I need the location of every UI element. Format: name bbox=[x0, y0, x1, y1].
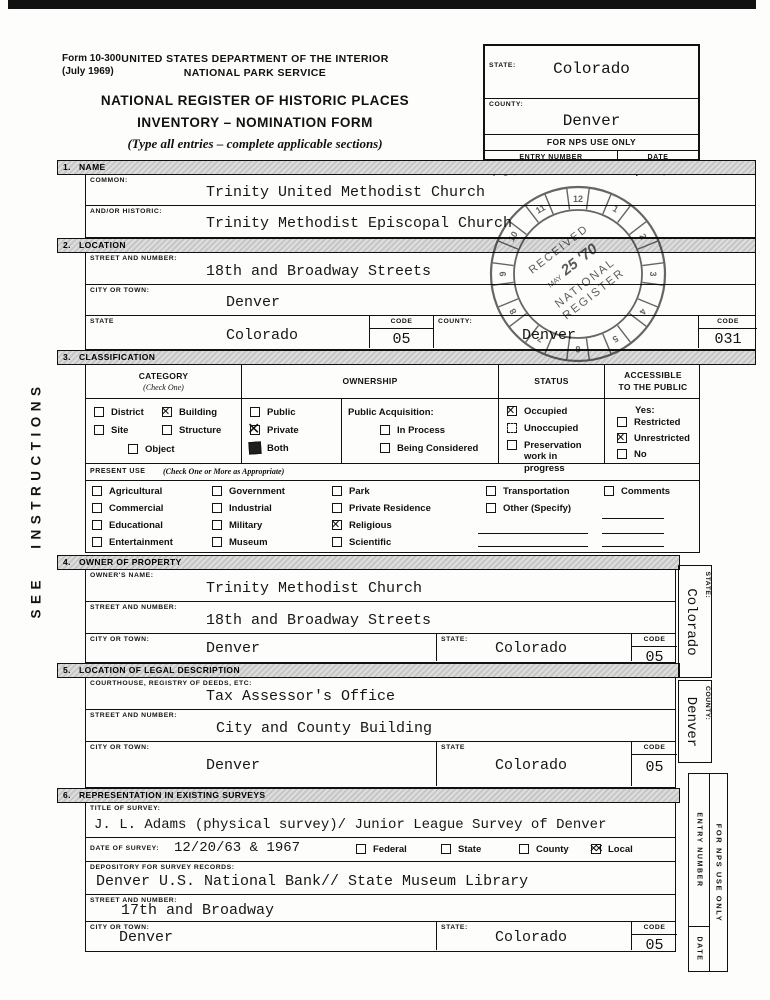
section-4-title: OWNER OF PROPERTY bbox=[79, 557, 182, 567]
svg-text:5: 5 bbox=[611, 333, 620, 344]
code-label: CODE bbox=[632, 634, 677, 647]
svg-text:4: 4 bbox=[637, 307, 648, 316]
checkbox-local: Local bbox=[591, 844, 633, 855]
checkbox-label: Agricultural bbox=[109, 486, 162, 497]
state-cell: STATE Colorado bbox=[436, 742, 631, 786]
accessible-header-line1: ACCESSIBLE bbox=[624, 370, 682, 382]
section-6-body: TITLE OF SURVEY: J. L. Adams (physical s… bbox=[85, 802, 676, 952]
depository-row: DEPOSITORY FOR SURVEY RECORDS: Denver U.… bbox=[86, 862, 675, 895]
city-value: Denver bbox=[206, 640, 260, 657]
ownership-cell: Public Private Both bbox=[241, 399, 341, 463]
category-header-text: CATEGORY bbox=[139, 371, 189, 383]
street-label: STREET AND NUMBER: bbox=[90, 713, 177, 720]
state-code-value: 05 bbox=[370, 331, 433, 348]
checkbox-label: Private Residence bbox=[349, 503, 431, 514]
owner-street-row: STREET AND NUMBER: 18th and Broadway Str… bbox=[86, 602, 675, 634]
state-value: Colorado bbox=[495, 757, 567, 774]
section-2-number: 2. bbox=[63, 239, 79, 251]
department-line2: NATIONAL PARK SERVICE bbox=[105, 67, 405, 81]
survey-title-label: TITLE OF SURVEY: bbox=[90, 806, 160, 813]
present-use-body: Agricultural Commercial Educational Ente… bbox=[86, 481, 699, 550]
state-value: Colorado bbox=[485, 60, 698, 78]
courthouse-row: COURTHOUSE, REGISTRY OF DEEDS, ETC: Tax … bbox=[86, 678, 675, 710]
checkbox-label: Restricted bbox=[634, 417, 680, 428]
checkbox-agricultural: Agricultural bbox=[92, 486, 162, 497]
county-code-label: CODE bbox=[699, 316, 757, 329]
svg-text:7: 7 bbox=[536, 333, 545, 344]
status-header: STATUS bbox=[498, 365, 604, 398]
county-label: COUNTY: bbox=[438, 319, 472, 326]
checkbox-object: Object bbox=[128, 444, 175, 455]
svg-text:12: 12 bbox=[573, 194, 583, 204]
county-code-value: 031 bbox=[699, 331, 757, 348]
checkbox-box bbox=[380, 425, 390, 435]
scan-top-bar bbox=[8, 0, 756, 9]
section-1-number: 1. bbox=[63, 161, 79, 173]
form-title: NATIONAL REGISTER OF HISTORIC PLACES INV… bbox=[70, 90, 440, 133]
city-value: Denver bbox=[119, 929, 173, 946]
checkbox-label: Other (Specify) bbox=[503, 503, 571, 514]
checkbox-label: Educational bbox=[109, 520, 163, 531]
code-cell: CODE 05 bbox=[631, 922, 677, 950]
checkbox-label: Local bbox=[608, 844, 633, 855]
classification-table: CATEGORY (Check One) OWNERSHIP STATUS AC… bbox=[85, 364, 700, 553]
checkbox-box bbox=[94, 425, 104, 435]
city-cell: CITY OR TOWN: Denver bbox=[86, 634, 436, 661]
stamp-outer-ring bbox=[491, 187, 665, 361]
svg-text:9: 9 bbox=[498, 271, 508, 276]
checkbox-label: Entertainment bbox=[109, 537, 173, 548]
street-value: 18th and Broadway Streets bbox=[206, 263, 431, 280]
category-header: CATEGORY (Check One) bbox=[86, 365, 241, 398]
svg-text:2: 2 bbox=[637, 232, 648, 241]
street-value: City and County Building bbox=[216, 720, 432, 737]
checkbox-label: Both bbox=[267, 443, 289, 454]
common-name-label: COMMON: bbox=[90, 178, 128, 185]
accessible-header: ACCESSIBLE TO THE PUBLIC bbox=[604, 365, 701, 398]
checkbox-label: Object bbox=[145, 444, 175, 455]
checkbox-label: Public bbox=[267, 407, 296, 418]
state-county-nps-box: STATE: Colorado COUNTY: Denver FOR NPS U… bbox=[483, 44, 700, 161]
checkbox-box bbox=[250, 425, 260, 435]
section-5-number: 5. bbox=[63, 664, 79, 676]
checkbox-box bbox=[507, 406, 517, 416]
state-label: STATE: bbox=[489, 63, 516, 70]
courthouse-label: COURTHOUSE, REGISTRY OF DEEDS, ETC: bbox=[90, 681, 252, 688]
section-3-number: 3. bbox=[63, 351, 79, 363]
state-cell: STATE: Colorado bbox=[436, 634, 631, 661]
checkbox-no: No bbox=[617, 449, 647, 460]
survey-title-value: J. L. Adams (physical survey)/ Junior Le… bbox=[94, 817, 606, 833]
county-row: COUNTY: Denver bbox=[485, 98, 698, 134]
state-cell: STATE: Colorado bbox=[436, 922, 631, 950]
survey-date-label: DATE OF SURVEY: bbox=[90, 846, 159, 853]
section-1-title: NAME bbox=[79, 162, 106, 172]
state-label: STATE: bbox=[441, 637, 468, 644]
checkbox-box bbox=[92, 503, 102, 513]
form-title-line1: NATIONAL REGISTER OF HISTORIC PLACES bbox=[70, 90, 440, 112]
checkbox-box bbox=[162, 407, 172, 417]
owner-name-row: OWNER'S NAME: Trinity Methodist Church bbox=[86, 570, 675, 602]
type-instructions-note: (Type all entries – complete applicable … bbox=[75, 136, 435, 152]
state-value: Colorado bbox=[226, 327, 298, 344]
checkbox-label: Unrestricted bbox=[634, 433, 690, 444]
checkbox-educational: Educational bbox=[92, 520, 163, 531]
checkbox-park: Park bbox=[332, 486, 370, 497]
checkbox-entertainment: Entertainment bbox=[92, 537, 173, 548]
svg-text:10: 10 bbox=[506, 230, 520, 244]
checkbox-restricted: Restricted bbox=[617, 417, 680, 428]
checkbox-box bbox=[486, 503, 496, 513]
checkbox-state: State bbox=[441, 844, 481, 855]
checkbox-transportation: Transportation bbox=[486, 486, 570, 497]
state-code-cell: CODE 05 bbox=[369, 316, 433, 348]
checkbox-in-process: In Process bbox=[380, 425, 445, 436]
checkbox-private-residence: Private Residence bbox=[332, 503, 431, 514]
public-acquisition-label: Public Acquisition: bbox=[348, 407, 434, 418]
state-label: STATE bbox=[441, 745, 465, 752]
accessible-header-line2: TO THE PUBLIC bbox=[619, 382, 688, 394]
checkbox-box bbox=[617, 417, 627, 427]
checkbox-commercial: Commercial bbox=[92, 503, 163, 514]
checkbox-unrestricted: Unrestricted bbox=[617, 433, 690, 444]
present-use-strip: PRESENT USE (Check One or More as Approp… bbox=[86, 464, 699, 481]
section-2-title: LOCATION bbox=[79, 240, 126, 250]
checkbox-label: Federal bbox=[373, 844, 407, 855]
checkbox-label: Comments bbox=[621, 486, 670, 497]
street-value: 17th and Broadway bbox=[121, 902, 274, 919]
checkbox-label: Unoccupied bbox=[524, 423, 578, 434]
checkbox-box bbox=[212, 537, 222, 547]
historic-name-label: AND/OR HISTORIC: bbox=[90, 209, 162, 216]
sidebar-state-label: STATE: bbox=[703, 571, 710, 598]
present-use-label: PRESENT USE bbox=[90, 468, 145, 475]
street-value: 18th and Broadway Streets bbox=[206, 612, 431, 629]
department-heading: UNITED STATES DEPARTMENT OF THE INTERIOR… bbox=[105, 53, 405, 80]
ownership-header: OWNERSHIP bbox=[241, 365, 498, 398]
street-label: STREET AND NUMBER: bbox=[90, 256, 177, 263]
category-header-note: (Check One) bbox=[143, 383, 184, 392]
blank-line bbox=[602, 518, 664, 519]
code-cell: CODE 05 bbox=[631, 742, 677, 786]
present-use-note: (Check One or More as Appropriate) bbox=[163, 467, 284, 476]
blank-line bbox=[478, 546, 588, 547]
code-label: CODE bbox=[632, 742, 677, 755]
stamp-center-text: RECEIVED MAY25 '70 NATIONAL REGISTER bbox=[526, 222, 627, 322]
section-3-title: CLASSIFICATION bbox=[79, 352, 155, 362]
section-1-header: 1.NAME bbox=[57, 160, 756, 175]
city-value: Denver bbox=[226, 294, 280, 311]
checkbox-box bbox=[248, 441, 261, 454]
checkbox-box bbox=[212, 520, 222, 530]
form-title-line2: INVENTORY – NOMINATION FORM bbox=[70, 112, 440, 134]
section-5-body: COURTHOUSE, REGISTRY OF DEEDS, ETC: Tax … bbox=[85, 677, 676, 788]
checkbox-label: District bbox=[111, 407, 144, 418]
county-value: Denver bbox=[485, 112, 698, 130]
sidebar-date-cell: DATE bbox=[689, 927, 710, 971]
checkbox-government: Government bbox=[212, 486, 285, 497]
city-cell: CITY OR TOWN: Denver bbox=[86, 922, 436, 950]
checkbox-box bbox=[92, 486, 102, 496]
checkbox-site: Site bbox=[94, 425, 128, 436]
state-value: Colorado bbox=[495, 929, 567, 946]
checkbox-box bbox=[332, 503, 342, 513]
checkbox-public: Public bbox=[250, 407, 296, 418]
county-code-cell: CODE 031 bbox=[698, 316, 757, 348]
checkbox-box bbox=[356, 844, 366, 854]
section-5-header: 5.LOCATION OF LEGAL DESCRIPTION bbox=[57, 663, 680, 678]
state-label: STATE bbox=[90, 319, 114, 326]
state-cell: STATE Colorado bbox=[86, 316, 369, 348]
sidebar-entry-cell: ENTRY NUMBER bbox=[689, 774, 710, 927]
checkbox-private: Private bbox=[250, 425, 299, 436]
county-label: COUNTY: bbox=[489, 102, 523, 109]
accessible-yes-label: Yes: bbox=[635, 405, 655, 416]
code-value: 05 bbox=[632, 759, 677, 776]
checkbox-box bbox=[212, 503, 222, 513]
svg-text:8: 8 bbox=[507, 307, 518, 316]
accessible-cell: Yes: Restricted Unrestricted No bbox=[604, 399, 701, 463]
national-register-received-stamp: 12 1 2 3 4 5 6 7 8 9 10 11 RECEIVED MAY2… bbox=[487, 183, 669, 365]
code-value: 05 bbox=[632, 937, 677, 954]
checkbox-federal: Federal bbox=[356, 844, 407, 855]
checkbox-label: Museum bbox=[229, 537, 268, 548]
checkbox-label: Being Considered bbox=[397, 443, 478, 454]
owner-name-value: Trinity Methodist Church bbox=[206, 580, 422, 597]
checkbox-box bbox=[250, 407, 260, 417]
checkbox-box bbox=[94, 407, 104, 417]
checkbox-label: Government bbox=[229, 486, 285, 497]
scanned-form-page: Form 10-300 (July 1969) UNITED STATES DE… bbox=[0, 0, 770, 1000]
checkbox-box bbox=[332, 537, 342, 547]
code-cell: CODE 05 bbox=[631, 634, 677, 661]
owner-city-state-row: CITY OR TOWN: Denver STATE: Colorado COD… bbox=[86, 634, 675, 661]
sidebar-county-label: COUNTY: bbox=[703, 686, 710, 720]
section-4-number: 4. bbox=[63, 556, 79, 568]
checkbox-label: Occupied bbox=[524, 406, 567, 417]
historic-name-value: Trinity Methodist Episcopal Church bbox=[206, 215, 512, 232]
sidebar-state-value: Colorado bbox=[683, 569, 699, 674]
depository-value: Denver U.S. National Bank// State Museum… bbox=[96, 873, 528, 890]
checkbox-label: In Process bbox=[397, 425, 445, 436]
stamp-tick-marks bbox=[493, 189, 664, 360]
checkbox-industrial: Industrial bbox=[212, 503, 272, 514]
department-line1: UNITED STATES DEPARTMENT OF THE INTERIOR bbox=[105, 53, 405, 67]
survey-street-row: STREET AND NUMBER: 17th and Broadway bbox=[86, 895, 675, 922]
checkbox-label: Private bbox=[267, 425, 299, 436]
blank-line bbox=[602, 533, 664, 534]
sidebar-county-box: COUNTY: Denver bbox=[678, 680, 712, 763]
sidebar-nps-only-label: FOR NPS USE ONLY bbox=[714, 823, 723, 922]
common-name-value: Trinity United Methodist Church bbox=[206, 184, 485, 201]
city-cell: CITY OR TOWN: Denver bbox=[86, 742, 436, 786]
city-label: CITY OR TOWN: bbox=[90, 745, 149, 752]
survey-city-state-row: CITY OR TOWN: Denver STATE: Colorado COD… bbox=[86, 922, 675, 950]
sidebar-nps-box: ENTRY NUMBER DATE FOR NPS USE ONLY bbox=[688, 773, 728, 972]
svg-text:6: 6 bbox=[575, 344, 580, 354]
checkbox-religious: Religious bbox=[332, 520, 392, 531]
checkbox-label: Transportation bbox=[503, 486, 570, 497]
checkbox-box bbox=[507, 440, 517, 450]
checkbox-box bbox=[332, 520, 342, 530]
survey-title-row: TITLE OF SURVEY: J. L. Adams (physical s… bbox=[86, 803, 675, 838]
checkbox-occupied: Occupied bbox=[507, 406, 567, 417]
checkbox-box bbox=[128, 444, 138, 454]
code-label: CODE bbox=[632, 922, 677, 935]
checkbox-district: District bbox=[94, 407, 144, 418]
depository-label: DEPOSITORY FOR SURVEY RECORDS: bbox=[90, 865, 235, 872]
section-4-header: 4.OWNER OF PROPERTY bbox=[57, 555, 680, 570]
owner-name-label: OWNER'S NAME: bbox=[90, 573, 154, 580]
classification-head-row: CATEGORY (Check One) OWNERSHIP STATUS AC… bbox=[86, 365, 699, 399]
section-6-number: 6. bbox=[63, 789, 79, 801]
checkbox-label: Religious bbox=[349, 520, 392, 531]
checkbox-building: Building bbox=[162, 407, 217, 418]
checkbox-label: County bbox=[536, 844, 569, 855]
checkbox-box bbox=[519, 844, 529, 854]
classification-body-row: District Building Site Structure Object … bbox=[86, 399, 699, 464]
stamp-dial-numbers: 12 1 2 3 4 5 6 7 8 9 10 11 bbox=[498, 194, 658, 354]
section-6-header: 6.REPRESENTATION IN EXISTING SURVEYS bbox=[57, 788, 680, 803]
checkbox-box bbox=[380, 443, 390, 453]
checkbox-box bbox=[486, 486, 496, 496]
checkbox-box bbox=[617, 449, 627, 459]
checkbox-structure: Structure bbox=[162, 425, 221, 436]
section-4-body: OWNER'S NAME: Trinity Methodist Church S… bbox=[85, 569, 676, 663]
checkbox-military: Military bbox=[212, 520, 262, 531]
sidebar-nps-only-cell: FOR NPS USE ONLY bbox=[710, 774, 727, 971]
checkbox-label: No bbox=[634, 449, 647, 460]
checkbox-other: Other (Specify) bbox=[486, 503, 571, 514]
checkbox-county: County bbox=[519, 844, 569, 855]
checkbox-box bbox=[92, 537, 102, 547]
checkbox-comments: Comments bbox=[604, 486, 670, 497]
city-label: CITY OR TOWN: bbox=[90, 637, 149, 644]
checkbox-label: Commercial bbox=[109, 503, 163, 514]
section-5-title: LOCATION OF LEGAL DESCRIPTION bbox=[79, 665, 240, 675]
svg-text:3: 3 bbox=[648, 271, 658, 276]
sidebar-county-value: Denver bbox=[683, 684, 699, 760]
checkbox-label: Structure bbox=[179, 425, 221, 436]
svg-text:11: 11 bbox=[534, 202, 547, 215]
checkbox-label: Building bbox=[179, 407, 217, 418]
checkbox-box bbox=[92, 520, 102, 530]
checkbox-box bbox=[507, 423, 517, 433]
city-label: CITY OR TOWN: bbox=[90, 288, 149, 295]
sidebar-state-box: STATE: Colorado bbox=[678, 565, 712, 678]
svg-text:1: 1 bbox=[611, 203, 620, 214]
courthouse-value: Tax Assessor's Office bbox=[206, 688, 395, 705]
nps-use-only-label: FOR NPS USE ONLY bbox=[485, 134, 698, 150]
section-6-title: REPRESENTATION IN EXISTING SURVEYS bbox=[79, 790, 265, 800]
street-label: STREET AND NUMBER: bbox=[90, 605, 177, 612]
sidebar-entry-label: ENTRY NUMBER bbox=[696, 812, 703, 887]
survey-date-row: DATE OF SURVEY: 12/20/63 & 1967 Federal … bbox=[86, 838, 675, 862]
city-value: Denver bbox=[206, 757, 260, 774]
checkbox-unoccupied: Unoccupied bbox=[507, 423, 578, 434]
blank-line bbox=[602, 546, 664, 547]
checkbox-label: Site bbox=[111, 425, 128, 436]
checkbox-being-considered: Being Considered bbox=[380, 443, 478, 454]
status-cell: Occupied Unoccupied Preservation work in… bbox=[498, 399, 604, 463]
checkbox-box bbox=[617, 433, 627, 443]
checkbox-scientific: Scientific bbox=[332, 537, 391, 548]
checkbox-box bbox=[162, 425, 172, 435]
survey-date-value: 12/20/63 & 1967 bbox=[174, 840, 300, 856]
checkbox-label: Industrial bbox=[229, 503, 272, 514]
public-acquisition-cell: Public Acquisition: In Process Being Con… bbox=[341, 399, 498, 463]
category-cell: District Building Site Structure Object bbox=[86, 399, 241, 463]
checkbox-box bbox=[591, 844, 601, 854]
checkbox-box bbox=[212, 486, 222, 496]
checkbox-box bbox=[332, 486, 342, 496]
see-instructions-label: SEE INSTRUCTIONS bbox=[29, 381, 44, 618]
sidebar-date-label: DATE bbox=[696, 937, 703, 962]
checkbox-label: Military bbox=[229, 520, 262, 531]
checkbox-label: Park bbox=[349, 486, 370, 497]
state-value: Colorado bbox=[495, 640, 567, 657]
state-code-label: CODE bbox=[370, 316, 433, 329]
legal-street-row: STREET AND NUMBER: City and County Build… bbox=[86, 710, 675, 742]
blank-line bbox=[478, 533, 588, 534]
checkbox-label: Scientific bbox=[349, 537, 391, 548]
checkbox-label: State bbox=[458, 844, 481, 855]
legal-city-state-row: CITY OR TOWN: Denver STATE Colorado CODE… bbox=[86, 742, 675, 786]
checkbox-box bbox=[441, 844, 451, 854]
checkbox-museum: Museum bbox=[212, 537, 268, 548]
checkbox-box bbox=[604, 486, 614, 496]
checkbox-both: Both bbox=[250, 443, 289, 454]
state-label: STATE: bbox=[441, 925, 468, 932]
state-row: STATE: Colorado bbox=[485, 60, 698, 98]
